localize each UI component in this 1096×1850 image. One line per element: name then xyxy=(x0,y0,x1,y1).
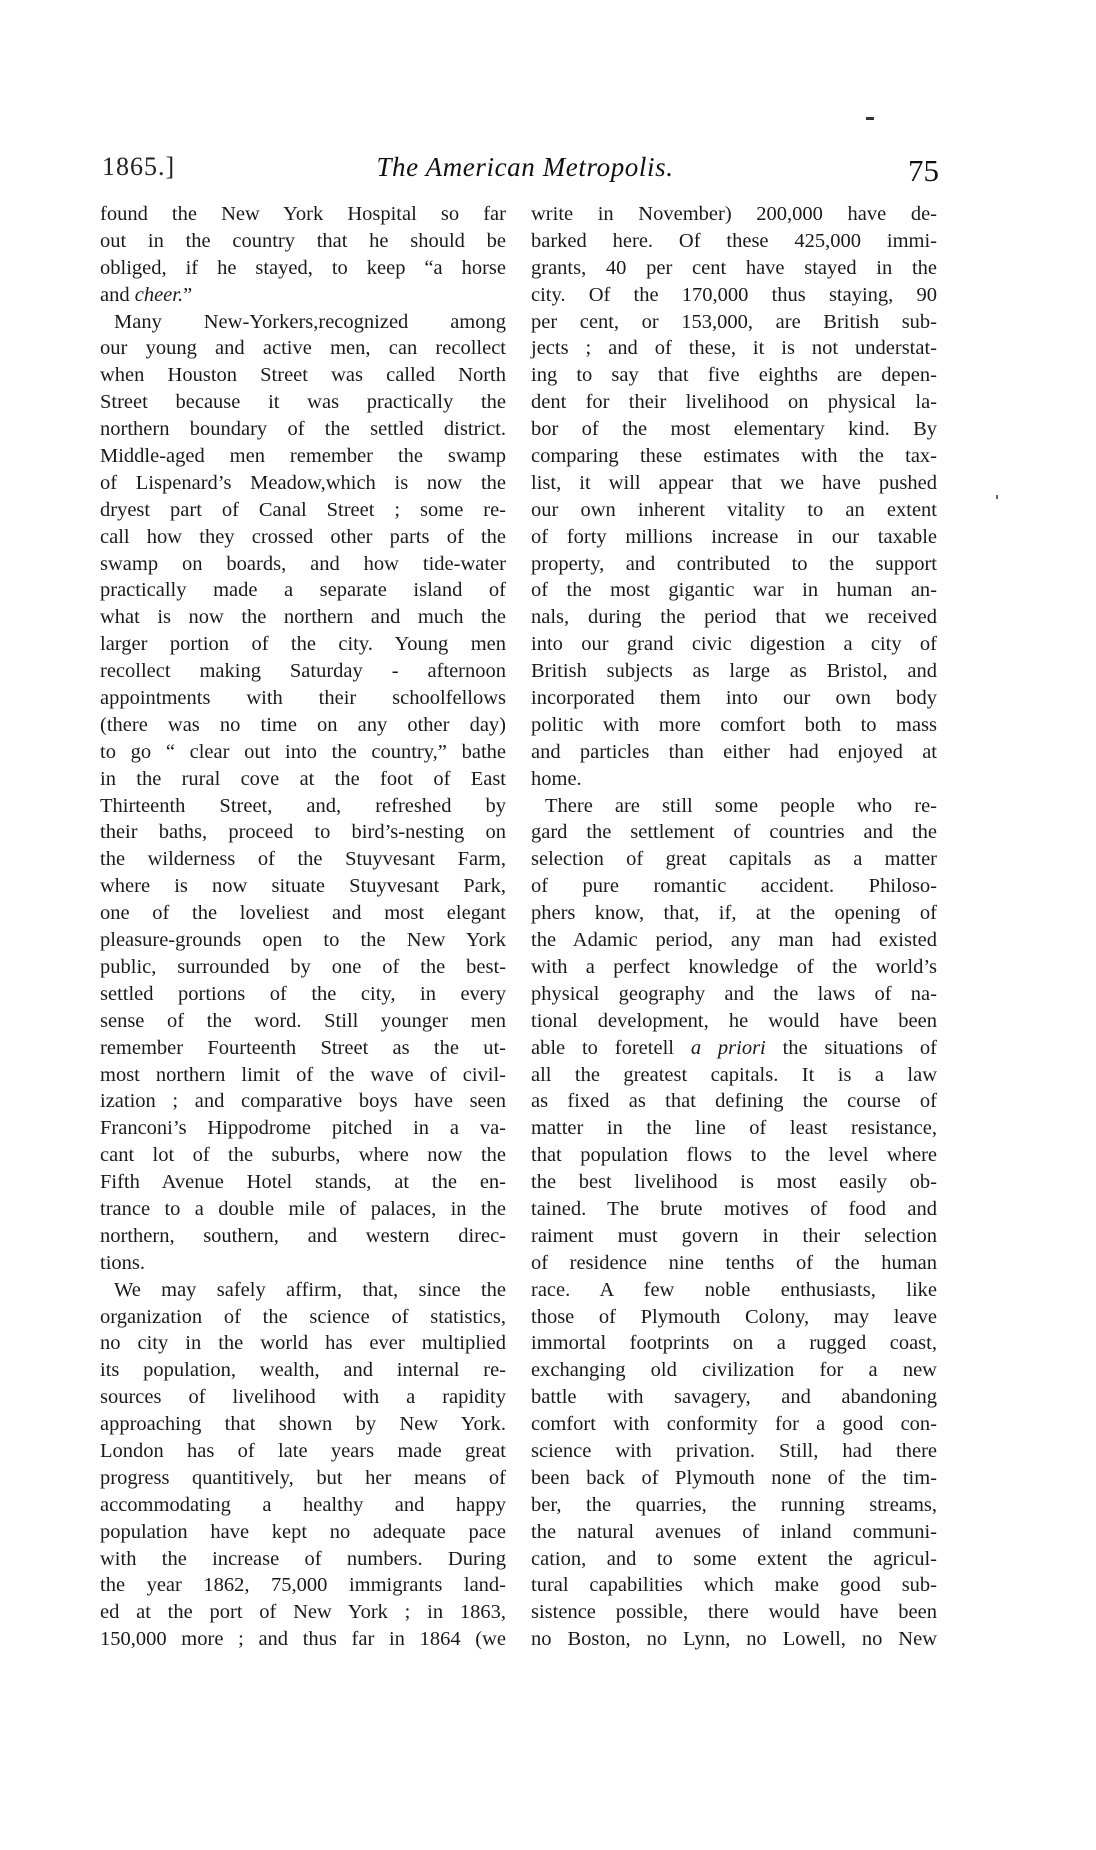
text-line: practically made a separate island of xyxy=(100,577,506,604)
text-segment: and xyxy=(100,284,135,306)
text-line: ed at the port of New York ; in 1863, xyxy=(100,1599,506,1626)
text-line: ing to say that five eighths are depen- xyxy=(531,362,937,389)
text-line: with a perfect knowledge of the world’s xyxy=(531,954,937,981)
text-line: and particles than either had enjoyed at xyxy=(531,739,937,766)
running-head-title: The American Metropolis. xyxy=(365,150,685,184)
text-line: city. Of the 170,000 thus staying, 90 xyxy=(531,282,937,309)
text-line: raiment must govern in their selection xyxy=(531,1223,937,1250)
italic-text: a priori xyxy=(691,1037,766,1059)
text-line: appointments with their schoolfellows xyxy=(100,685,506,712)
text-line: pleasure-grounds open to the New York xyxy=(100,927,506,954)
text-line: dent for their livelihood on physical la… xyxy=(531,389,937,416)
page-number: 75 xyxy=(908,154,939,188)
text-line: the best livelihood is most easily ob- xyxy=(531,1169,937,1196)
text-line: comfort with conformity for a good con- xyxy=(531,1411,937,1438)
text-line: out in the country that he should be xyxy=(100,228,506,255)
text-line: one of the loveliest and most elegant xyxy=(100,900,506,927)
text-line: sources of livelihood with a rapidity xyxy=(100,1384,506,1411)
text-line: of Lispenard’s Meadow,which is now the xyxy=(100,470,506,497)
text-line: write in November) 200,000 have de- xyxy=(531,201,937,228)
text-line: politic with more comfort both to mass xyxy=(531,712,937,739)
text-line: most northern limit of the wave of civil… xyxy=(100,1062,506,1089)
text-line: approaching that shown by New York. xyxy=(100,1411,506,1438)
text-line: our own inherent vitality to an extent xyxy=(531,497,937,524)
text-line: when Houston Street was called North xyxy=(100,362,506,389)
text-line: northern, southern, and western direc- xyxy=(100,1223,506,1250)
text-line: the wilderness of the Stuyvesant Farm, xyxy=(100,846,506,873)
text-line: Middle-aged men remember the swamp xyxy=(100,443,506,470)
text-line: able to foretell a priori the situations… xyxy=(531,1035,937,1062)
text-line: the year 1862, 75,000 immigrants land- xyxy=(100,1572,506,1599)
text-line: sistence possible, there would have been xyxy=(531,1599,937,1626)
running-head: 1865.] The American Metropolis. 75 xyxy=(0,150,1096,184)
text-column-right: write in November) 200,000 have de-barke… xyxy=(531,201,937,1653)
text-line: swamp on boards, and how tide-water xyxy=(100,551,506,578)
text-line: exchanging old civilization for a new xyxy=(531,1357,937,1384)
text-line: barked here. Of these 425,000 immi- xyxy=(531,228,937,255)
text-line: accommodating a healthy and happy xyxy=(100,1492,506,1519)
text-line: gard the settlement of countries and the xyxy=(531,819,937,846)
text-line: trance to a double mile of palaces, in t… xyxy=(100,1196,506,1223)
text-line: northern boundary of the settled distric… xyxy=(100,416,506,443)
text-line: obliged, if he stayed, to keep “a horse xyxy=(100,255,506,282)
text-line: tained. The brute motives of food and xyxy=(531,1196,937,1223)
text-line: ization ; and comparative boys have seen xyxy=(100,1088,506,1115)
text-line: to go “ clear out into the country,” bat… xyxy=(100,739,506,766)
text-line: selection of great capitals as a matter xyxy=(531,846,937,873)
text-line: in the rural cove at the foot of East xyxy=(100,766,506,793)
text-line: property, and contributed to the support xyxy=(531,551,937,578)
text-line: that population flows to the level where xyxy=(531,1142,937,1169)
italic-text: cheer. xyxy=(135,284,183,306)
text-line: where is now situate Stuyvesant Park, xyxy=(100,873,506,900)
scan-speck xyxy=(996,495,998,499)
text-line: progress quantitively, but her means of xyxy=(100,1465,506,1492)
text-line: what is now the northern and much the xyxy=(100,604,506,631)
text-line: Franconi’s Hippodrome pitched in a va- xyxy=(100,1115,506,1142)
book-page: 1865.] The American Metropolis. 75 found… xyxy=(0,0,1096,1850)
text-line: tural capabilities which make good sub- xyxy=(531,1572,937,1599)
text-line: grants, 40 per cent have stayed in the xyxy=(531,255,937,282)
text-line: British subjects as large as Bristol, an… xyxy=(531,658,937,685)
text-line: We may safely affirm, that, since the xyxy=(100,1277,506,1304)
text-column-left: found the New York Hospital so farout in… xyxy=(100,201,506,1653)
text-line: been back of Plymouth none of the tim- xyxy=(531,1465,937,1492)
text-line: the Adamic period, any man had existed xyxy=(531,927,937,954)
text-line: per cent, or 153,000, are British sub- xyxy=(531,309,937,336)
text-line: physical geography and the laws of na- xyxy=(531,981,937,1008)
text-line: of the most gigantic war in human an- xyxy=(531,577,937,604)
text-line: no Boston, no Lynn, no Lowell, no New xyxy=(531,1626,937,1653)
text-line: There are still some people who re- xyxy=(531,793,937,820)
text-line: science with privation. Still, had there xyxy=(531,1438,937,1465)
text-line: larger portion of the city. Young men xyxy=(100,631,506,658)
text-line: remember Fourteenth Street as the ut- xyxy=(100,1035,506,1062)
text-line: of forty millions increase in our taxabl… xyxy=(531,524,937,551)
text-line: cation, and to some extent the agricul- xyxy=(531,1546,937,1573)
text-line: into our grand civic digestion a city of xyxy=(531,631,937,658)
text-line: no city in the world has ever multiplied xyxy=(100,1330,506,1357)
text-line: Many New-Yorkers,recognized among xyxy=(100,309,506,336)
text-line: Thirteenth Street, and, refreshed by xyxy=(100,793,506,820)
text-line: race. A few noble enthusiasts, like xyxy=(531,1277,937,1304)
text-line: London has of late years made great xyxy=(100,1438,506,1465)
text-line: (there was no time on any other day) xyxy=(100,712,506,739)
text-line: Street because it was practically the xyxy=(100,389,506,416)
text-line: settled portions of the city, in every xyxy=(100,981,506,1008)
text-line: our young and active men, can recollect xyxy=(100,335,506,362)
text-line: incorporated them into our own body xyxy=(531,685,937,712)
text-line: Fifth Avenue Hotel stands, at the en- xyxy=(100,1169,506,1196)
text-line: all the greatest capitals. It is a law xyxy=(531,1062,937,1089)
text-line: their baths, proceed to bird’s-nesting o… xyxy=(100,819,506,846)
text-line: list, it will appear that we have pushed xyxy=(531,470,937,497)
text-line: tions. xyxy=(100,1250,506,1277)
scan-speck xyxy=(866,117,874,120)
text-line: matter in the line of least resistance, xyxy=(531,1115,937,1142)
running-head-year: 1865.] xyxy=(102,150,175,184)
text-segment: ” xyxy=(183,284,192,306)
text-line: recollect making Saturday - afternoon xyxy=(100,658,506,685)
text-line: population have kept no adequate pace xyxy=(100,1519,506,1546)
text-line: with the increase of numbers. During xyxy=(100,1546,506,1573)
text-line: its population, wealth, and internal re- xyxy=(100,1357,506,1384)
text-line: those of Plymouth Colony, may leave xyxy=(531,1304,937,1331)
text-line: tional development, he would have been xyxy=(531,1008,937,1035)
text-line: as fixed as that defining the course of xyxy=(531,1088,937,1115)
text-line: of pure romantic accident. Philoso- xyxy=(531,873,937,900)
text-line: home. xyxy=(531,766,937,793)
text-line: phers know, that, if, at the opening of xyxy=(531,900,937,927)
text-line: call how they crossed other parts of the xyxy=(100,524,506,551)
text-segment: the situations of xyxy=(766,1037,937,1059)
text-line: sense of the word. Still younger men xyxy=(100,1008,506,1035)
text-line: bor of the most elementary kind. By xyxy=(531,416,937,443)
text-line: 150,000 more ; and thus far in 1864 (we xyxy=(100,1626,506,1653)
text-line: dryest part of Canal Street ; some re- xyxy=(100,497,506,524)
text-line: nals, during the period that we received xyxy=(531,604,937,631)
text-line: found the New York Hospital so far xyxy=(100,201,506,228)
text-line: and cheer.” xyxy=(100,282,506,309)
text-line: public, surrounded by one of the best- xyxy=(100,954,506,981)
text-line: organization of the science of statistic… xyxy=(100,1304,506,1331)
text-segment: able to foretell xyxy=(531,1037,691,1059)
text-line: cant lot of the suburbs, where now the xyxy=(100,1142,506,1169)
text-line: jects ; and of these, it is not understa… xyxy=(531,335,937,362)
text-line: battle with savagery, and abandoning xyxy=(531,1384,937,1411)
text-line: ber, the quarries, the running streams, xyxy=(531,1492,937,1519)
text-line: the natural avenues of inland communi- xyxy=(531,1519,937,1546)
text-line: comparing these estimates with the tax- xyxy=(531,443,937,470)
text-line: of residence nine tenths of the human xyxy=(531,1250,937,1277)
text-line: immortal footprints on a rugged coast, xyxy=(531,1330,937,1357)
